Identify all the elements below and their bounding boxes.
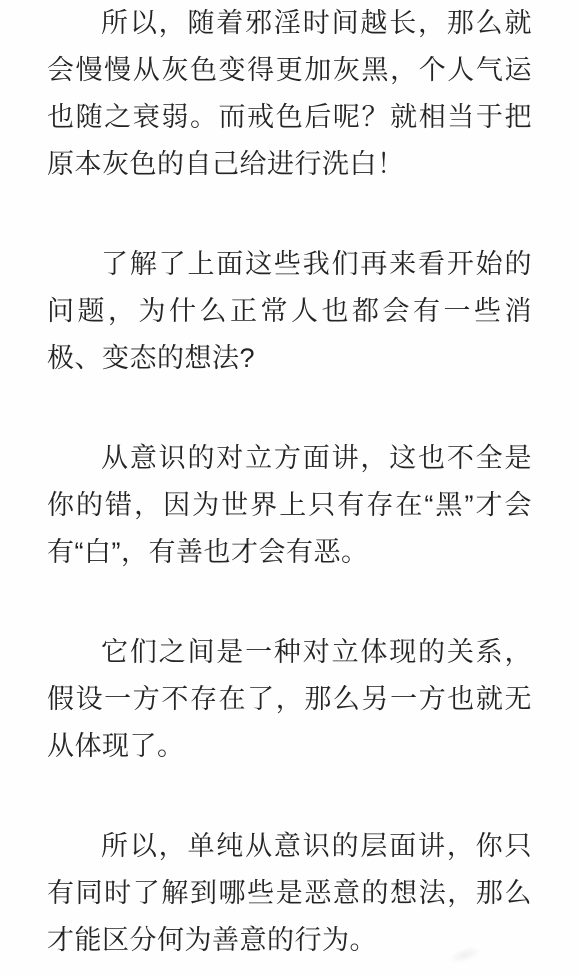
paragraph-1: 所以，随着邪淫时间越长，那么就会慢慢从灰色变得更加灰黑，个人气运也随之衰弱。而戒… <box>47 0 532 188</box>
paragraph-3: 从意识的对立方面讲，这也不全是你的错，因为世界上只有存在“黑”才会有“白”，有善… <box>47 435 532 576</box>
paragraph-4: 它们之间是一种对立体现的关系，假设一方不存在了，那么另一方也就无从体现了。 <box>47 629 532 770</box>
paragraph-5: 所以，单纯从意识的层面讲，你只有同时了解到哪些是恶意的想法，那么才能区分何为善意… <box>47 823 532 964</box>
article-page: 所以，随着邪淫时间越长，那么就会慢慢从灰色变得更加灰黑，个人气运也随之衰弱。而戒… <box>0 0 580 975</box>
paragraph-2: 了解了上面这些我们再来看开始的问题，为什么正常人也都会有一些消极、变态的想法? <box>47 241 532 382</box>
